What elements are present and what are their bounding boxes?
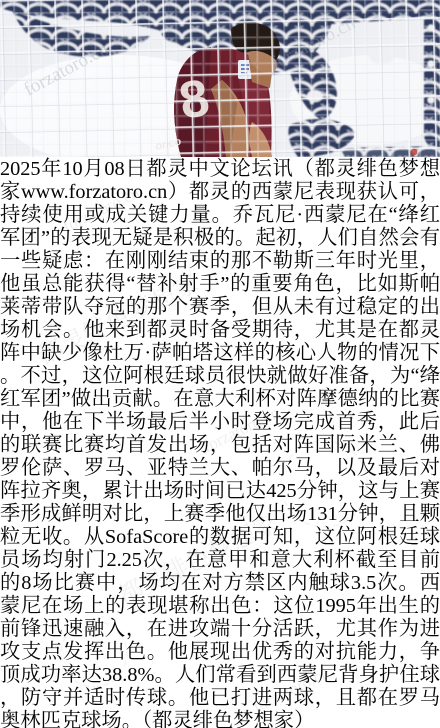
red-stamp-dot	[411, 149, 418, 156]
article-photo: 8 onco forzatoro.cn forzatoro.cn	[0, 0, 440, 157]
article-text: 2025年10月08日都灵中文论坛讯（都灵绯色梦想家www.forzatoro.…	[0, 157, 440, 728]
article-page: 8 onco forzatoro.cn forzatoro.cn 都灵绯色梦想家	[0, 0, 440, 728]
match-photo-illustration: 8 onco forzatoro.cn forzatoro.cn	[0, 0, 440, 157]
